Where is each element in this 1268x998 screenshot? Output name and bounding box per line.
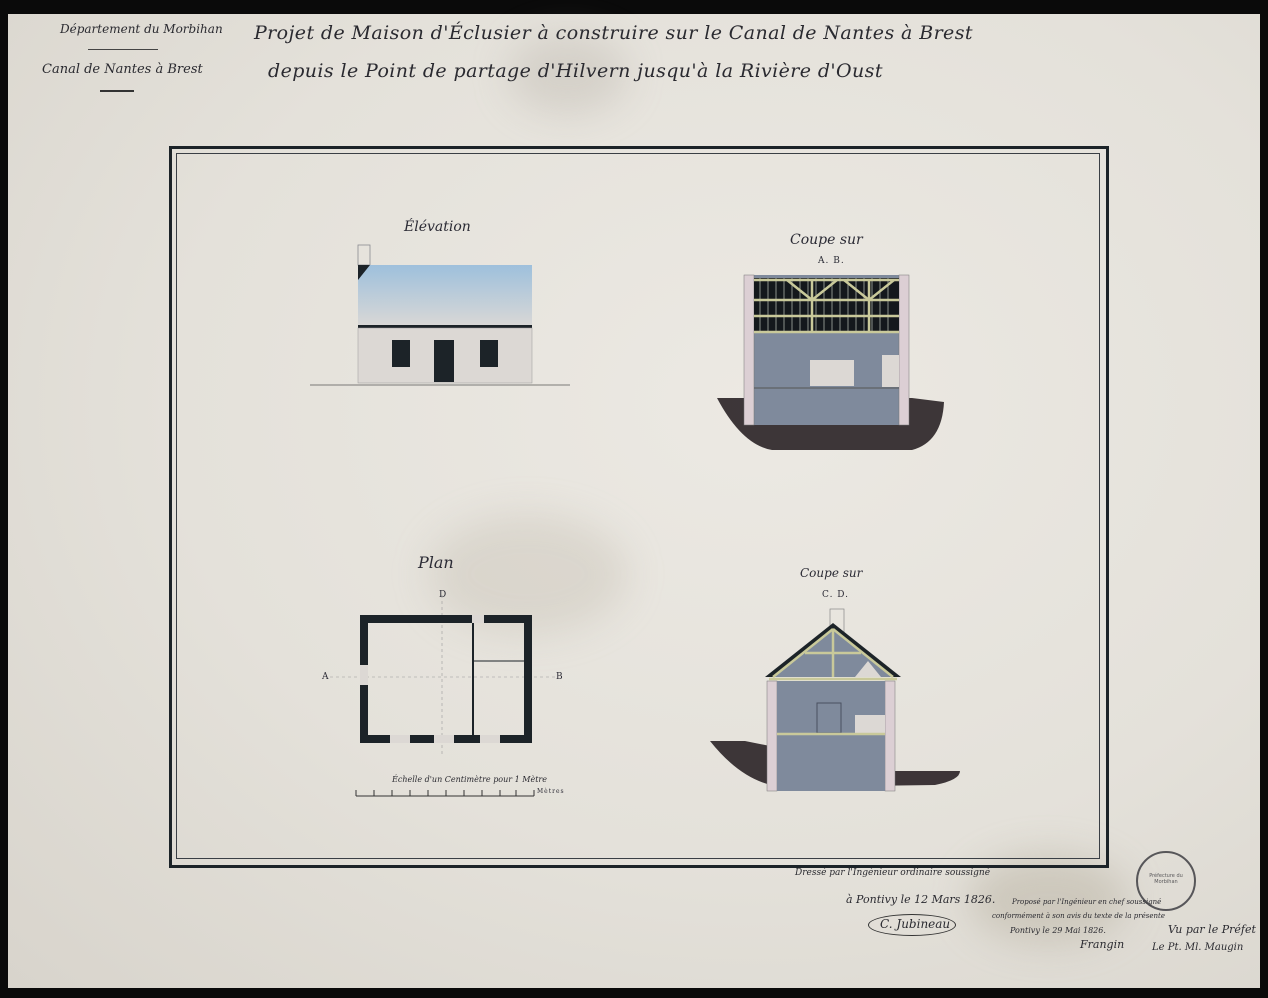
title-line-1: Projet de Maison d'Éclusier à construire… [254, 22, 973, 44]
underline-divider [100, 90, 134, 92]
approved-line-2: conformément à son avis du texte de la p… [992, 912, 1165, 920]
section-ab-title: Coupe sur [790, 232, 863, 248]
drafted-line-2: à Pontivy le 12 Mars 1826. [846, 893, 995, 906]
section-cd-drawing [705, 605, 965, 795]
plan-marker-a: A [322, 672, 330, 682]
title-line-2: depuis le Point de partage d'Hilvern jus… [268, 60, 883, 82]
drafted-line-1: Dressé par l'Ingénieur ordinaire soussig… [795, 868, 990, 878]
scale-bar [356, 786, 546, 798]
official-stamp: Préfecture du Morbihan [1136, 851, 1196, 911]
plan-drawing [330, 595, 560, 760]
section-cd-subtitle: C. D. [822, 590, 849, 600]
signature-flourish [868, 914, 956, 936]
department-label: Département du Morbihan [60, 22, 223, 36]
scale-unit: Mètres [537, 788, 565, 795]
elevation-title: Élévation [404, 219, 471, 235]
approved-line-3: Pontivy le 29 Mai 1826. [1010, 926, 1106, 935]
stamp-text: Préfecture du Morbihan [1142, 873, 1190, 885]
plan-title: Plan [418, 553, 454, 572]
elevation-drawing [310, 240, 572, 390]
approved-signature: Frangin [1080, 938, 1124, 951]
flourish-divider [88, 49, 158, 52]
section-ab-subtitle: A. B. [818, 256, 845, 266]
scale-caption: Échelle d'un Centimètre pour 1 Mètre [392, 775, 547, 784]
approved-line-1: Proposé par l'Ingénieur en chef soussign… [1012, 898, 1161, 906]
canal-label: Canal de Nantes à Brest [42, 62, 203, 77]
prefect-line-2: Le Pt. Ml. Maugin [1152, 942, 1243, 953]
section-ab-drawing [712, 270, 952, 460]
prefect-line-1: Vu par le Préfet [1168, 923, 1256, 936]
section-cd-title: Coupe sur [800, 566, 862, 580]
